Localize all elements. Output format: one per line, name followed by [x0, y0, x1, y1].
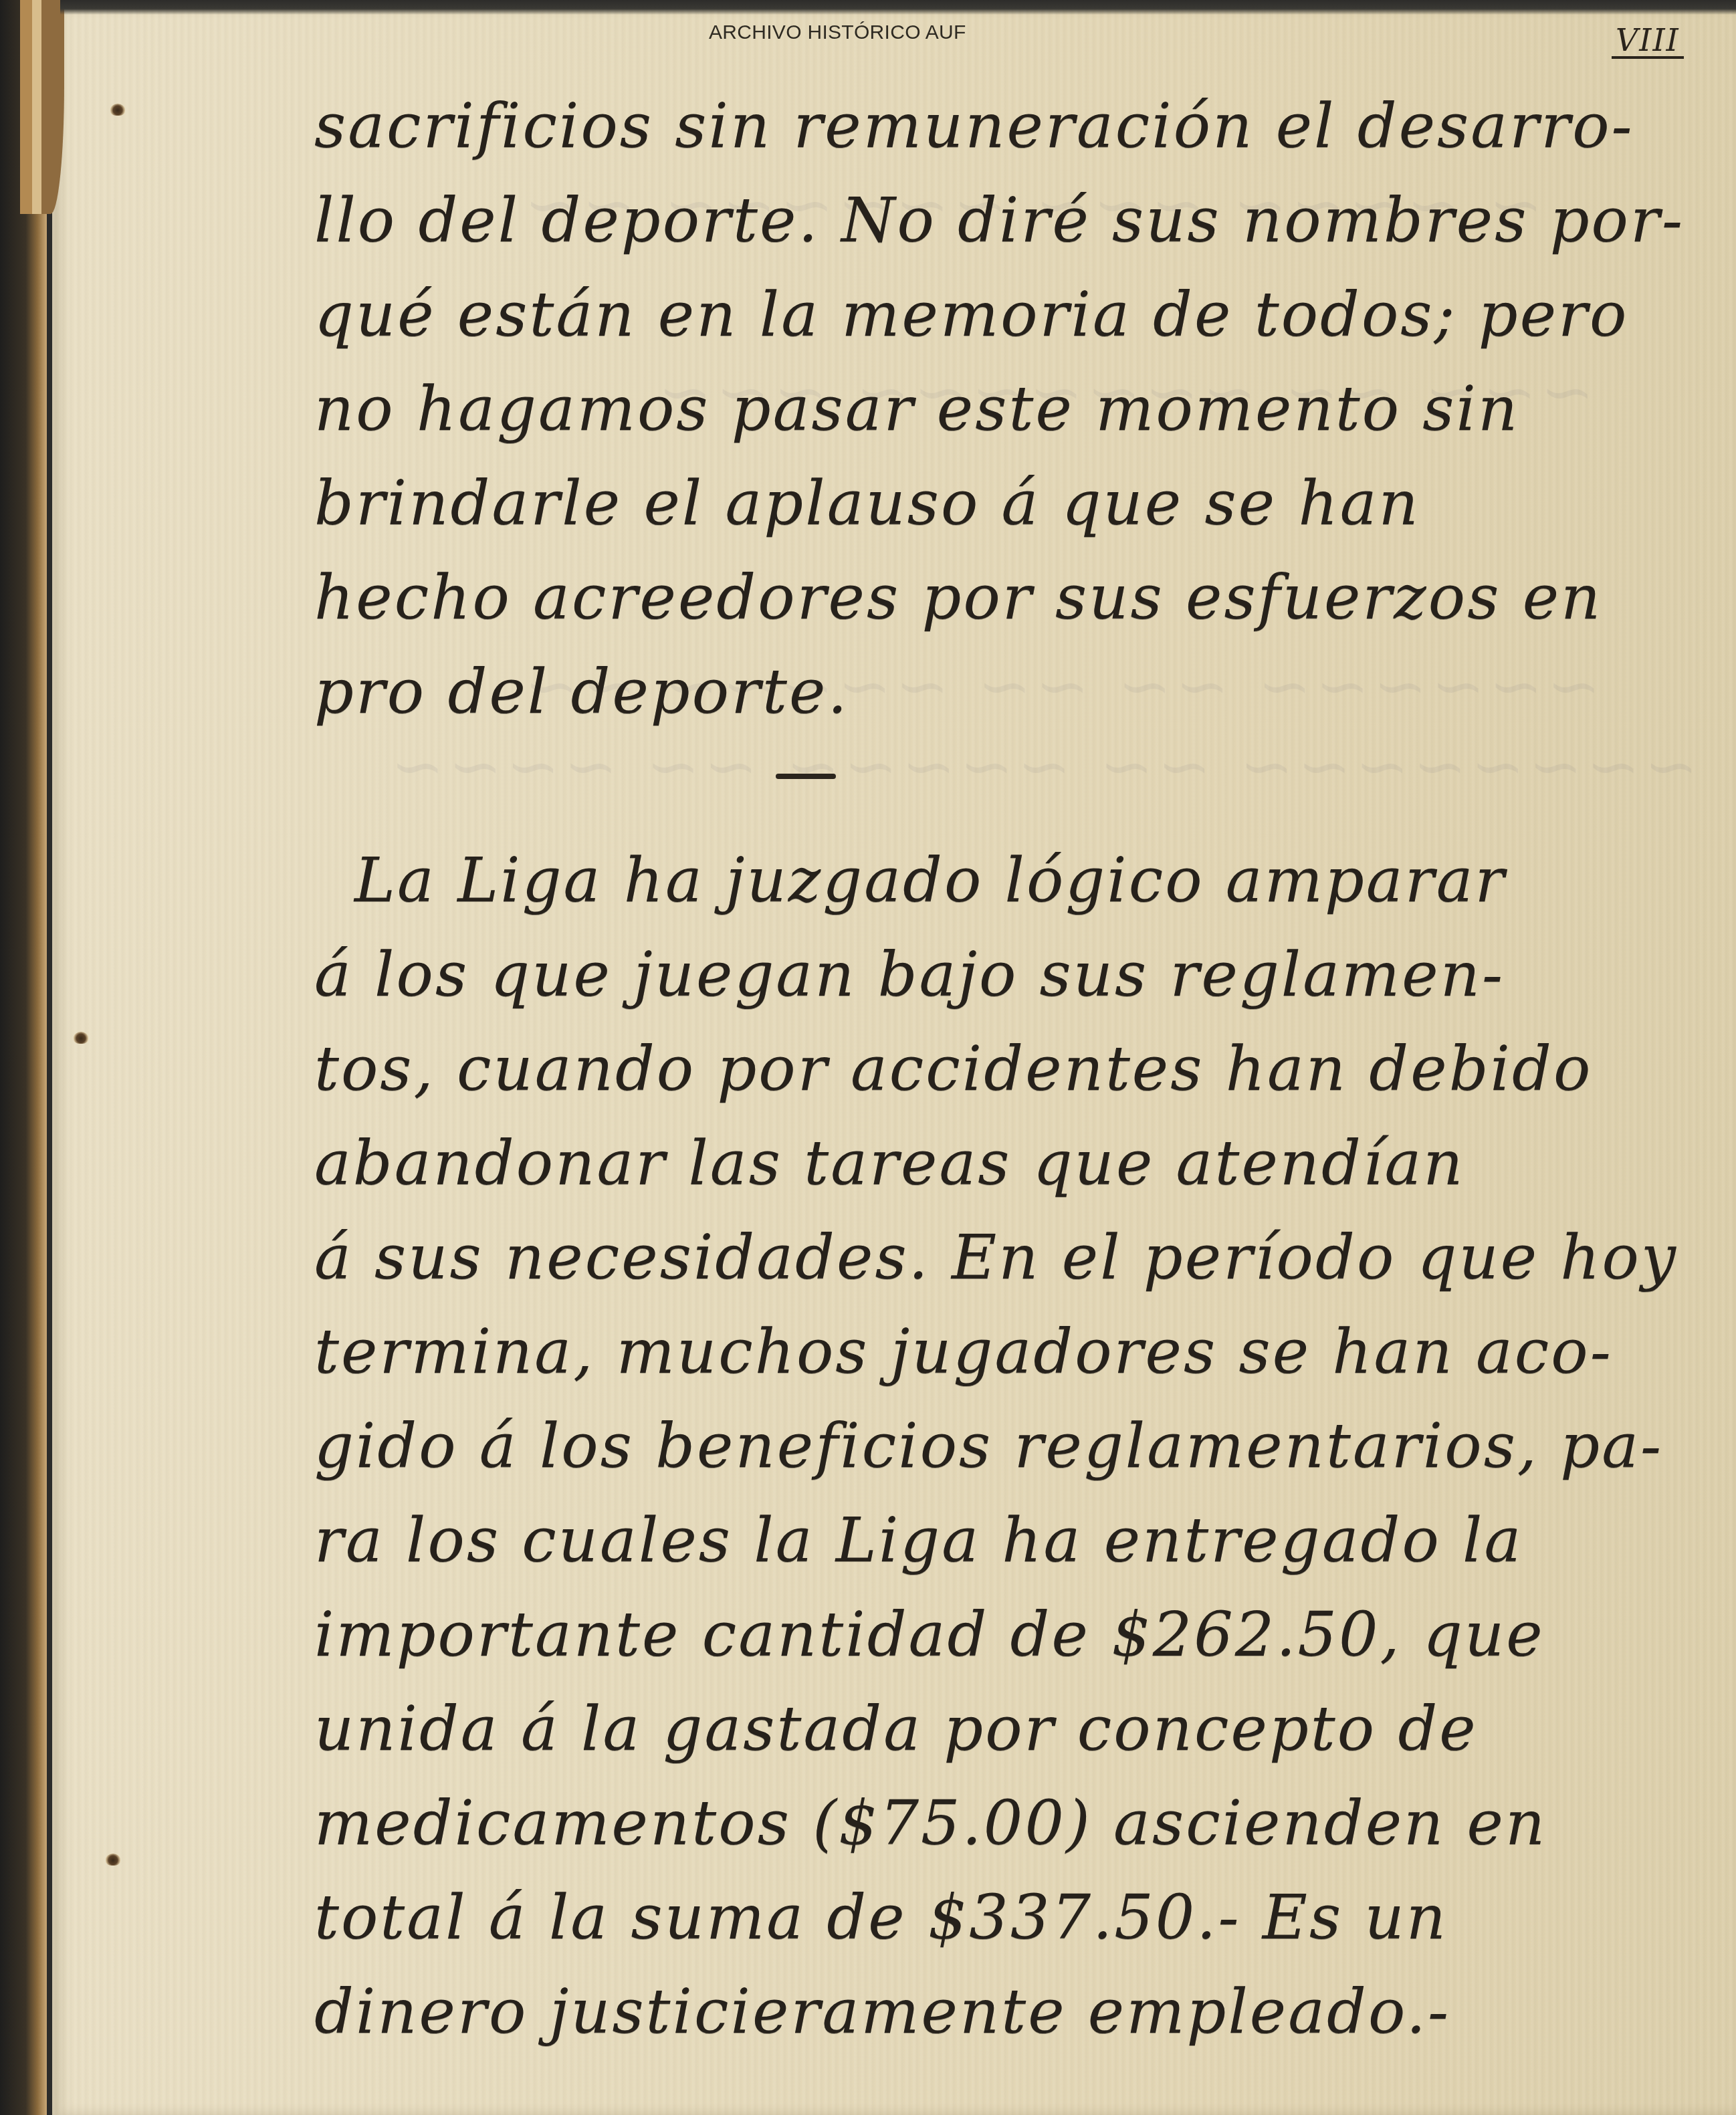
separator-dash — [776, 774, 836, 779]
binding-hole-icon — [110, 104, 125, 116]
binding-hole-icon — [74, 1032, 88, 1044]
manuscript-line: tos, cuando por accidentes han debido — [314, 1022, 1725, 1116]
manuscript-line: brindarle el aplauso á que se han — [314, 456, 1725, 550]
manuscript-line: á sus necesidades. En el período que hoy — [314, 1210, 1725, 1305]
manuscript-line: á los que juegan bajo sus reglamen- — [314, 927, 1725, 1022]
binding-hole-icon — [106, 1854, 120, 1866]
manuscript-line: hecho acreedores por sus esfuerzos en — [314, 550, 1725, 645]
manuscript-body: sacrificios sin remuneración el desarro-… — [314, 79, 1725, 2059]
binding-edge — [0, 0, 47, 2115]
manuscript-line: importante cantidad de $262.50, que — [314, 1587, 1725, 1682]
manuscript-line: La Liga ha juzgado lógico amparar — [314, 833, 1725, 927]
manuscript-line: llo del deporte. No diré sus nombres por… — [314, 173, 1725, 267]
manuscript-line: pro del deporte. — [314, 645, 1725, 739]
manuscript-line: ra los cuales la Liga ha entregado la — [314, 1493, 1725, 1587]
manuscript-line: medicamentos ($75.00) ascienden en — [314, 1776, 1725, 1870]
archive-watermark: ARCHIVO HISTÓRICO AUF — [709, 21, 966, 44]
manuscript-line: no hagamos pasar este momento sin — [314, 362, 1725, 456]
manuscript-line: sacrificios sin remuneración el desarro- — [314, 79, 1725, 173]
page-number: VIII — [1612, 25, 1684, 59]
manuscript-line: unida á la gastada por concepto de — [314, 1682, 1725, 1776]
manuscript-line: dinero justicieramente empleado.- — [314, 1965, 1725, 2059]
manuscript-line: termina, muchos jugadores se han aco- — [314, 1305, 1725, 1399]
manuscript-line: total á la suma de $337.50.- Es un — [314, 1870, 1725, 1965]
section-separator — [314, 739, 1725, 833]
manuscript-line: qué están en la memoria de todos; pero — [314, 267, 1725, 362]
top-shadow — [60, 0, 1736, 15]
manuscript-line: abandonar las tareas que atendían — [314, 1116, 1725, 1210]
manuscript-line: gido á los beneficios reglamentarios, pa… — [314, 1399, 1725, 1493]
